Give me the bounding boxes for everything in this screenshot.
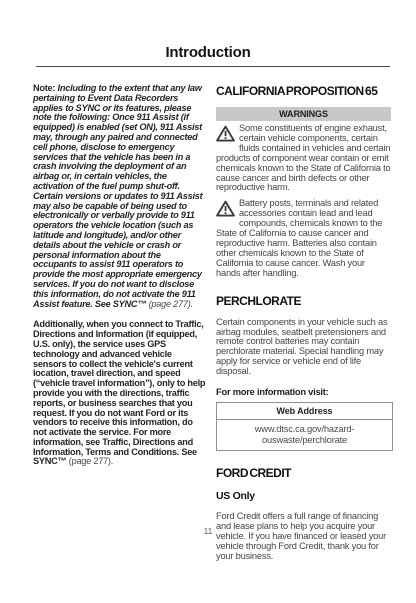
warning-item: Battery posts, terminals and related acc… xyxy=(216,199,391,278)
additional-page-reference: (page 277). xyxy=(69,456,113,466)
note-body: Including to the extent that any law per… xyxy=(33,83,202,309)
perchlorate-body: Certain components in your vehicle such … xyxy=(216,318,391,377)
right-column: CALIFORNIA PROPOSITION 65 WARNINGS Some … xyxy=(216,84,391,562)
warnings-banner: WARNINGS xyxy=(216,107,391,121)
note-see-reference: See SYNC™ xyxy=(95,299,146,309)
additional-body: Additionally, when you connect to Traffi… xyxy=(33,319,205,456)
warning-triangle-icon xyxy=(216,199,236,226)
web-address-value: www.dtsc.ca.gov/hazard-ouswaste/perchlor… xyxy=(217,420,392,450)
page-number: 11 xyxy=(0,526,416,536)
note-label: Note: xyxy=(33,83,55,93)
warning-text: Some constituents of engine exhaust, cer… xyxy=(216,124,390,192)
additional-paragraph: Additionally, when you connect to Traffi… xyxy=(33,320,206,467)
us-only-subheading: US Only xyxy=(216,490,391,502)
warning-item: Some constituents of engine exhaust, cer… xyxy=(216,124,391,193)
title-divider xyxy=(36,66,390,67)
left-column: Note: Including to the extent that any l… xyxy=(33,84,206,467)
note-paragraph: Note: Including to the extent that any l… xyxy=(33,84,206,309)
perchlorate-heading: PERCHLORATE xyxy=(216,294,391,308)
warning-triangle-icon xyxy=(216,124,236,151)
warning-text: Battery posts, terminals and related acc… xyxy=(216,199,382,277)
web-address-table: Web Address www.dtsc.ca.gov/hazard-ouswa… xyxy=(216,402,393,451)
ford-credit-heading: FORD CREDIT xyxy=(216,466,391,480)
ford-credit-body: Ford Credit offers a full range of finan… xyxy=(216,512,391,562)
web-address-table-header: Web Address xyxy=(217,403,392,420)
note-page-reference: (page 277). xyxy=(149,299,193,309)
prop65-heading: CALIFORNIA PROPOSITION 65 xyxy=(216,84,391,98)
page-title: Introduction xyxy=(0,44,416,61)
more-info-label: For more information visit: xyxy=(216,386,391,397)
